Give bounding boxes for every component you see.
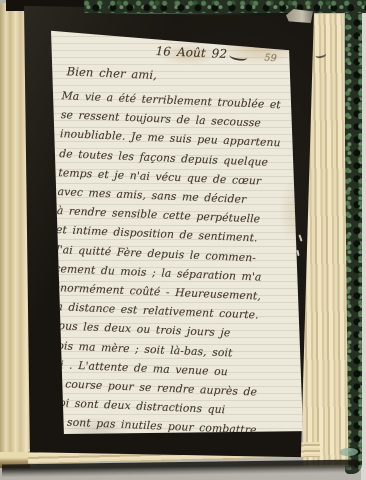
folio-number: 59 [264, 52, 277, 64]
letter-date-text: 16 Août 92 [155, 44, 227, 61]
book-photo: 59 16 Août 92 Bien cher ami, Ma vie a ét… [0, 0, 366, 480]
handwritten-letter: 59 16 Août 92 Bien cher ami, Ma vie a ét… [50, 30, 303, 434]
letter-body: Ma vie a été terriblement troublée et se… [48, 86, 293, 441]
letter-content: 59 16 Août 92 Bien cher ami, Ma vie a ét… [34, 30, 304, 444]
cover-top-edge [84, 0, 366, 13]
ink-flourish [229, 51, 248, 62]
